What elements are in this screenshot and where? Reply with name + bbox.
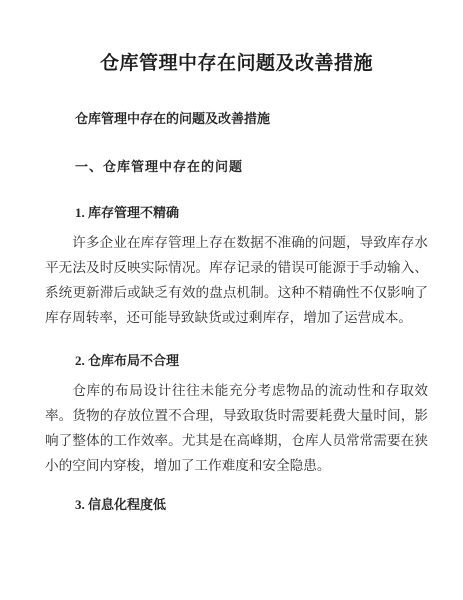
document-page: 仓库管理中存在问题及改善措施 仓库管理中存在的问题及改善措施 一、仓库管理中存在… [0, 0, 463, 600]
item-2-body: 仓库的布局设计往往未能充分考虑物品的流动性和存取效率。货物的存放位置不合理，导致… [45, 378, 428, 478]
item-3-heading: 3. 信息化程度低 [45, 496, 428, 514]
item-2-heading: 2. 仓库布局不合理 [45, 352, 428, 370]
section-heading: 一、仓库管理中存在的问题 [45, 158, 428, 176]
document-subtitle: 仓库管理中存在的问题及改善措施 [45, 110, 428, 128]
item-1-heading: 1. 库存管理不精确 [45, 204, 428, 222]
document-title: 仓库管理中存在问题及改善措施 [45, 50, 428, 77]
item-1-body: 许多企业在库存管理上存在数据不准确的问题，导致库存水平无法及时反映实际情况。库存… [45, 230, 428, 330]
